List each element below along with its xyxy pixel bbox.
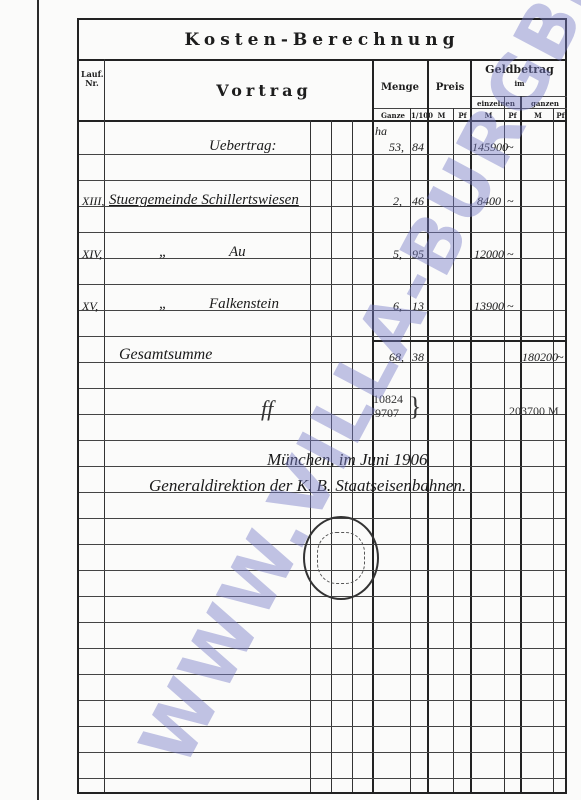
row-xv-nr: XV, <box>82 299 98 314</box>
row-rule <box>79 700 565 701</box>
row-xiv-text: Au <box>229 244 246 261</box>
row-rule <box>79 726 565 727</box>
cost-calculation-form: Kosten-Berechnung Lauf. Nr. Vortrag Meng… <box>77 18 567 794</box>
row-uebertrag-menge-ganze: 53, <box>389 140 404 155</box>
row-xiv-menge-ganze: 5, <box>393 247 402 262</box>
row-xiv-betrag-pf: ~ <box>507 247 514 262</box>
header-geldbetrag: Geldbetrag <box>472 64 567 76</box>
row-xv-menge-hundertstel: 13 <box>412 299 424 314</box>
row-rule <box>79 180 565 181</box>
header-geldbetrag-im: im <box>472 80 567 88</box>
header-einzelnen-m: M <box>472 112 505 120</box>
row-xiv-nr: XIV, <box>82 247 102 262</box>
header-ganzen: ganzen <box>522 100 568 108</box>
col-line <box>470 59 472 792</box>
row-xv-betrag-pf: ~ <box>507 299 514 314</box>
header-ganzen-m: M <box>522 112 554 120</box>
coat-of-arms-icon <box>317 532 365 584</box>
row-xv-text: Falkenstein <box>209 296 279 313</box>
row-rule <box>79 518 565 519</box>
official-seal-stamp <box>303 516 379 600</box>
header-einzelnen-pf: Pf <box>505 112 520 120</box>
row-xiv-ditto: „ <box>159 244 167 261</box>
row-xv-menge-ganze: 6, <box>393 299 402 314</box>
amount-note: 203700 M <box>509 404 559 419</box>
header-preis-m: M <box>429 112 454 120</box>
row-uebertrag-betrag-pf: ~ <box>507 140 514 155</box>
row-xiii-menge-ganze: 2, <box>393 194 402 209</box>
row-rule <box>79 752 565 753</box>
row-uebertrag-text: Uebertrag: <box>209 138 277 155</box>
total-rule <box>372 340 567 342</box>
place-date: München, im Juni 1906 <box>267 450 428 470</box>
row-xv-betrag-m: 13900 <box>474 299 504 314</box>
page-edge-line <box>37 0 39 800</box>
header-menge-ganze: Ganze <box>374 112 412 120</box>
header-einzelnen: einzelnen <box>472 100 520 108</box>
col-line <box>553 108 554 792</box>
row-rule <box>79 440 565 441</box>
row-rule <box>79 284 565 285</box>
row-xiii-text: Stuergemeinde Schillertswiesen <box>109 192 299 209</box>
header-menge-hundertstel: 1/100 <box>411 112 428 120</box>
signature: Generaldirektion der K. B. Staatseisenba… <box>149 476 466 496</box>
menge-note-2: 9707 <box>375 406 399 421</box>
row-xiii-betrag-pf: ~ <box>507 194 514 209</box>
row-rule <box>79 648 565 649</box>
row-rule <box>79 674 565 675</box>
row-xv-ditto: „ <box>159 296 167 313</box>
row-rule <box>79 414 565 415</box>
total-ganzen-m: 180200 <box>522 350 558 365</box>
row-uebertrag-unit: ha <box>375 124 387 139</box>
col-line <box>427 59 429 792</box>
row-rule <box>79 596 565 597</box>
col-line <box>504 96 505 792</box>
row-xiv-menge-hundertstel: 95 <box>412 247 424 262</box>
header-ganzen-pf: Pf <box>554 112 567 120</box>
total-ganzen-pf: ~ <box>557 350 564 365</box>
menge-note-brace: } <box>409 392 421 422</box>
row-xiii-menge-hundertstel: 46 <box>412 194 424 209</box>
row-rule <box>79 336 565 337</box>
row-rule <box>79 622 565 623</box>
header-menge: Menge <box>374 82 426 93</box>
header-preis-pf: Pf <box>454 112 471 120</box>
row-rule <box>79 232 565 233</box>
row-uebertrag-betrag-m: 145900 <box>472 140 508 155</box>
row-rule <box>79 778 565 779</box>
form-title: Kosten-Berechnung <box>79 20 565 61</box>
header-preis: Preis <box>429 82 471 93</box>
col-line <box>453 108 454 792</box>
menge-note-1: 10824 <box>373 392 403 407</box>
header-bottom-rule <box>79 120 565 122</box>
col-line <box>104 59 105 792</box>
row-xiv-betrag-m: 12000 <box>474 247 504 262</box>
row-rule <box>79 388 565 389</box>
col-line <box>372 59 374 792</box>
header-vortrag: Vortrag <box>189 82 339 100</box>
initials-annotation: ff <box>261 396 273 422</box>
total-label: Gesamtsumme <box>119 346 212 364</box>
row-xiii-nr: XIII, <box>82 194 104 209</box>
header-lauf-nr: Lauf. Nr. <box>81 70 103 88</box>
row-xiii-betrag-m: 8400 <box>477 194 501 209</box>
row-uebertrag-menge-hundertstel: 84 <box>412 140 424 155</box>
col-line <box>520 96 522 792</box>
total-menge-ganze: 68, <box>389 350 404 365</box>
total-menge-hundertstel: 38 <box>412 350 424 365</box>
